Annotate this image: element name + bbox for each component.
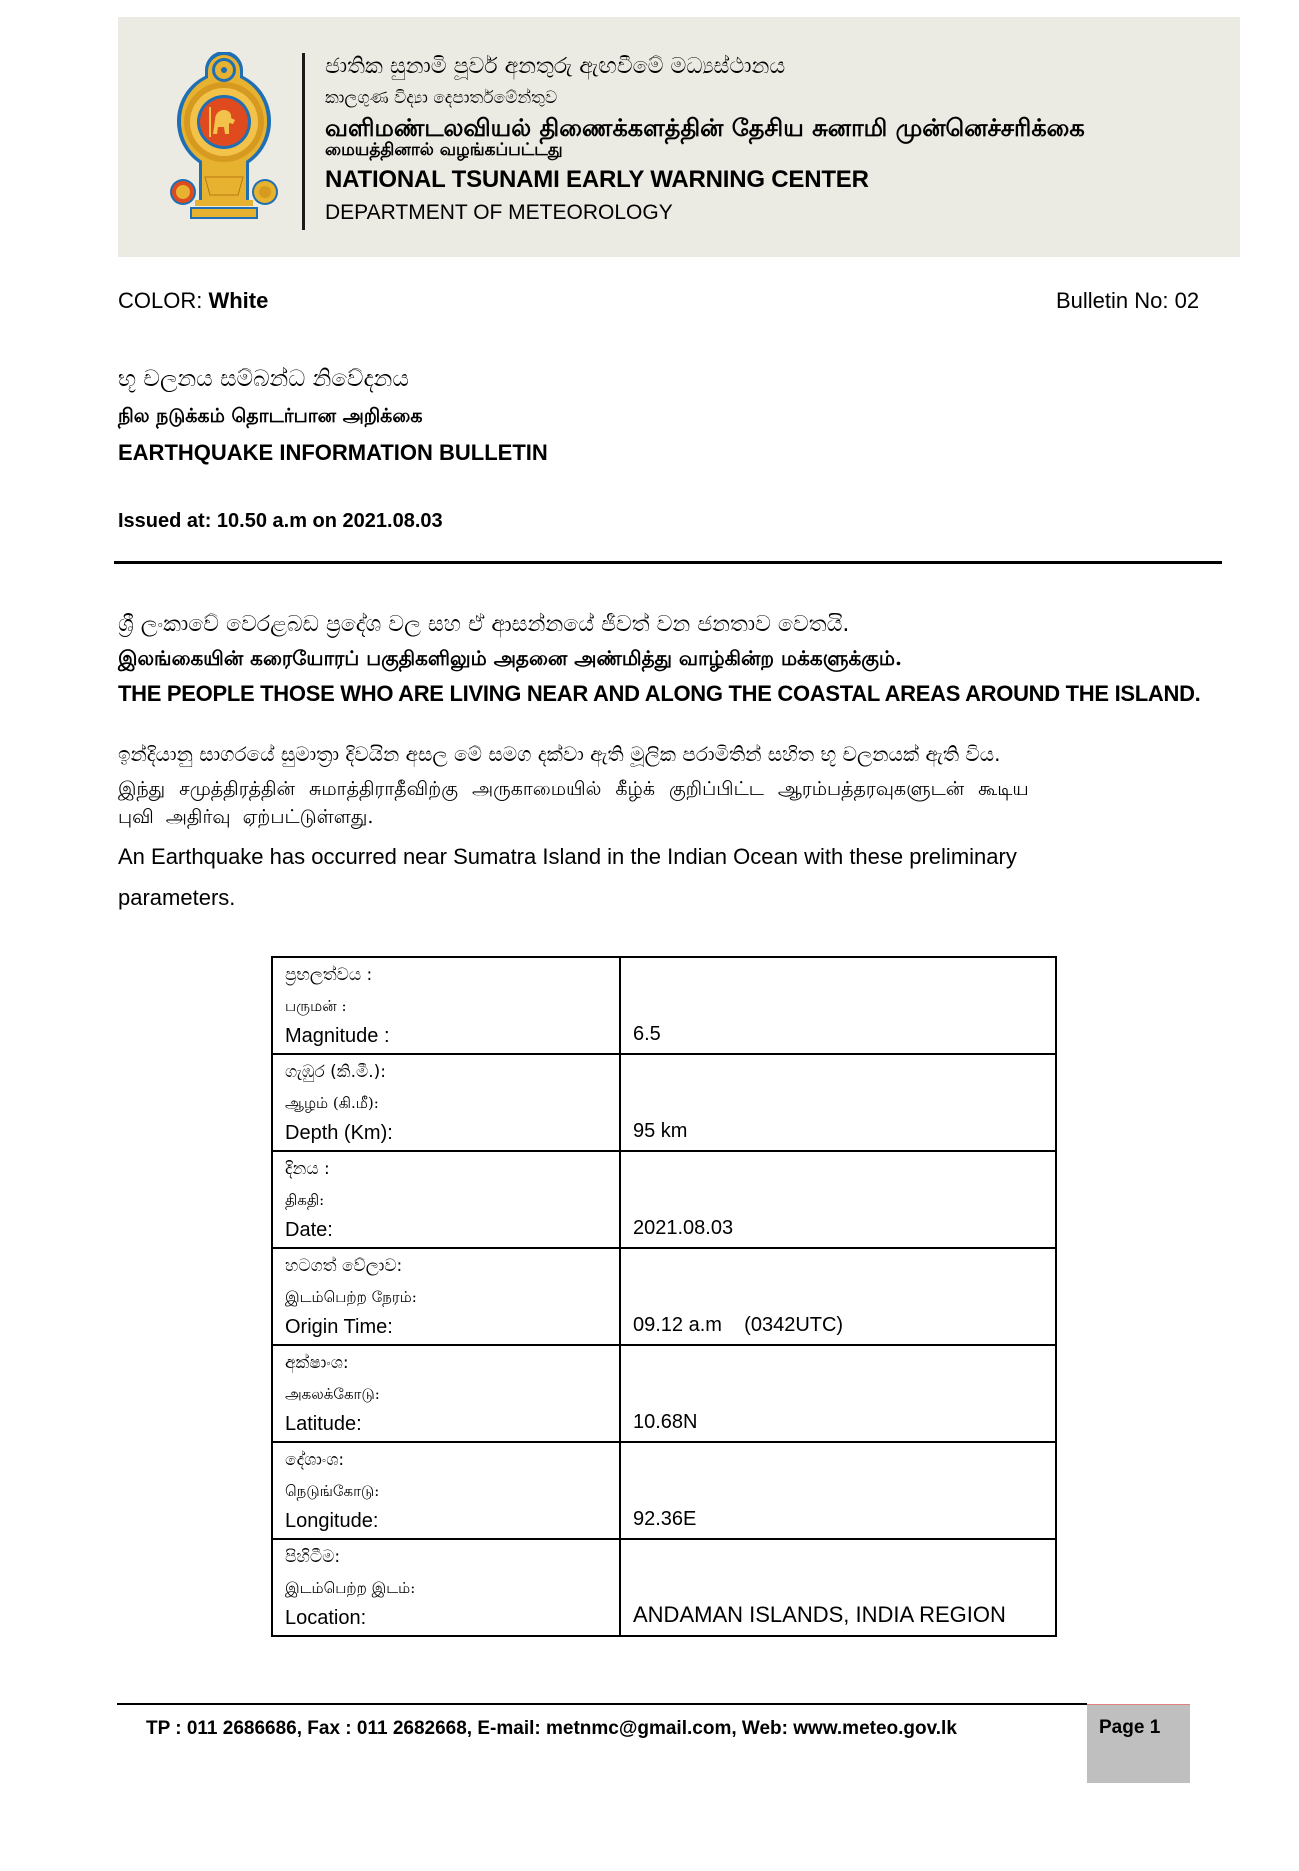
label-english: Origin Time: [285, 1312, 619, 1343]
parameter-label: දිනය :திகதி:Date: [272, 1151, 620, 1248]
header-english-center: NATIONAL TSUNAMI EARLY WARNING CENTER [325, 168, 869, 192]
header-english-department: DEPARTMENT OF METEOROLOGY [325, 202, 673, 223]
label-sinhala: දේශාංශ: [285, 1445, 619, 1476]
label-english: Location: [285, 1603, 619, 1634]
table-row: ගැඹුර (කි.මී.):ஆழம் (கி.மீ):Depth (Km):9… [272, 1054, 1056, 1151]
national-emblem-icon [165, 52, 283, 227]
table-row: දිනය :திகதி:Date:2021.08.03 [272, 1151, 1056, 1248]
table-row: දේශාංශ:நெடுங்கோடு:Longitude:92.36E [272, 1442, 1056, 1539]
parameter-value: 95 km [633, 1120, 687, 1143]
table-row: අක්ෂාංශ:அகலக்கோடு:Latitude:10.68N [272, 1345, 1056, 1442]
parameter-value-cell: 95 km [620, 1054, 1056, 1151]
label-sinhala: දිනය : [285, 1154, 619, 1185]
description-sinhala: ඉන්දියානු සාගරයේ සුමාත්‍රා දිවයින අසල මේ… [118, 742, 1001, 766]
page-number-box: Page 1 [1087, 1704, 1190, 1783]
label-english: Latitude: [285, 1409, 619, 1440]
title-sinhala: භූ චලනය සම්බන්ධ නිවේදනය [118, 366, 409, 392]
parameter-label: ගැඹුර (කි.මී.):ஆழம் (கி.மீ):Depth (Km): [272, 1054, 620, 1151]
parameter-value: 92.36E [633, 1508, 696, 1531]
label-sinhala: ප්‍රභලත්වය : [285, 960, 619, 991]
audience-sinhala: ශ්‍රී ලංකාවේ වෙරළබඩ ප්‍රදේශ වල සහ ඒ ආසන්… [118, 612, 849, 637]
label-sinhala: ගැඹුර (කි.මී.): [285, 1057, 619, 1088]
description-english-line2: parameters. [118, 885, 235, 911]
section-divider [114, 561, 1222, 564]
table-row: ප්‍රභලත්වය :பருமன் :Magnitude :6.5 [272, 957, 1056, 1054]
parameter-label: පිහිටීම:இடம்பெற்ற இடம்:Location: [272, 1539, 620, 1636]
label-sinhala: පිහිටීම: [285, 1542, 619, 1573]
color-value: White [208, 288, 268, 313]
label-english: Longitude: [285, 1506, 619, 1537]
label-english: Date: [285, 1215, 619, 1246]
label-tamil: திகதி: [285, 1185, 619, 1215]
parameter-label: හටගත් වේලාව:இடம்பெற்ற நேரம்:Origin Time: [272, 1248, 620, 1345]
header-tamil-issued: மையத்தினால் வழங்கப்பட்டது [325, 142, 563, 159]
description-tamil-line1: இந்து சமுத்திரத்தின் சுமாத்திராதீவிற்கு … [118, 778, 1029, 803]
label-tamil: அகலக்கோடு: [285, 1379, 619, 1409]
parameter-value-cell: ANDAMAN ISLANDS, INDIA REGION [620, 1539, 1056, 1636]
description-english-line1: An Earthquake has occurred near Sumatra … [118, 844, 1017, 870]
parameter-value-cell: 92.36E [620, 1442, 1056, 1539]
header-sinhala-center: ජාතික සුනාමි පූර්ව අනතුරු ඇඟවීමේ මධ්‍යස්… [325, 56, 785, 78]
audience-english: THE PEOPLE THOSE WHO ARE LIVING NEAR AND… [118, 681, 1200, 707]
page-number: Page 1 [1099, 1717, 1160, 1739]
audience-tamil: இலங்கையின் கரையோரப் பகுதிகளிலும் அதனை அண… [118, 646, 902, 673]
label-tamil: இடம்பெற்ற இடம்: [285, 1573, 619, 1603]
label-english: Depth (Km): [285, 1118, 619, 1149]
parameter-value: 6.5 [633, 1023, 661, 1046]
label-tamil: பருமன் : [285, 991, 619, 1021]
parameter-label: අක්ෂාංශ:அகலக்கோடு:Latitude: [272, 1345, 620, 1442]
parameter-value: 10.68N [633, 1411, 698, 1434]
label-tamil: நெடுங்கோடு: [285, 1476, 619, 1506]
parameter-value-cell: 6.5 [620, 957, 1056, 1054]
issued-at: Issued at: 10.50 a.m on 2021.08.03 [118, 510, 443, 533]
title-tamil: நில நடுக்கம் தொடர்பான அறிக்கை [118, 405, 422, 430]
color-code: COLOR: White [118, 288, 268, 314]
label-tamil: ஆழம் (கி.மீ): [285, 1088, 619, 1118]
parameter-value: 09.12 a.m (0342UTC) [633, 1314, 843, 1337]
color-label: COLOR: [118, 288, 208, 313]
title-english: EARTHQUAKE INFORMATION BULLETIN [118, 440, 548, 466]
parameter-value: ANDAMAN ISLANDS, INDIA REGION [633, 1602, 1006, 1628]
label-english: Magnitude : [285, 1021, 619, 1052]
label-tamil: இடம்பெற்ற நேரம்: [285, 1282, 619, 1312]
parameter-value-cell: 09.12 a.m (0342UTC) [620, 1248, 1056, 1345]
header-tamil-center: வளிமண்டலவியல் திணைக்களத்தின் தேசிய சுனாம… [325, 116, 1085, 140]
description-tamil-line2: புவி அதிர்வு ஏற்பட்டுள்ளது. [118, 806, 373, 831]
parameter-label: දේශාංශ:நெடுங்கோடு:Longitude: [272, 1442, 620, 1539]
parameter-value-cell: 2021.08.03 [620, 1151, 1056, 1248]
bulletin-number: Bulletin No: 02 [1056, 288, 1199, 314]
table-row: පිහිටීම:இடம்பெற்ற இடம்:Location:ANDAMAN … [272, 1539, 1056, 1636]
table-row: හටගත් වේලාව:இடம்பெற்ற நேரம்:Origin Time:… [272, 1248, 1056, 1345]
footer-divider [117, 1703, 1087, 1705]
footer-contact: TP : 011 2686686, Fax : 011 2682668, E-m… [146, 1718, 957, 1740]
parameter-label: ප්‍රභලත්වය :பருமன் :Magnitude : [272, 957, 620, 1054]
parameter-value: 2021.08.03 [633, 1217, 733, 1240]
parameter-value-cell: 10.68N [620, 1345, 1056, 1442]
header-sinhala-department: කාලගුණ විද්‍යා දෙපාර්තමේන්තුව [325, 90, 557, 107]
label-sinhala: අක්ෂාංශ: [285, 1348, 619, 1379]
label-sinhala: හටගත් වේලාව: [285, 1251, 619, 1282]
header-divider [302, 53, 305, 230]
earthquake-parameters-table: ප්‍රභලත්වය :பருமன் :Magnitude :6.5ගැඹුර … [271, 956, 1057, 1637]
